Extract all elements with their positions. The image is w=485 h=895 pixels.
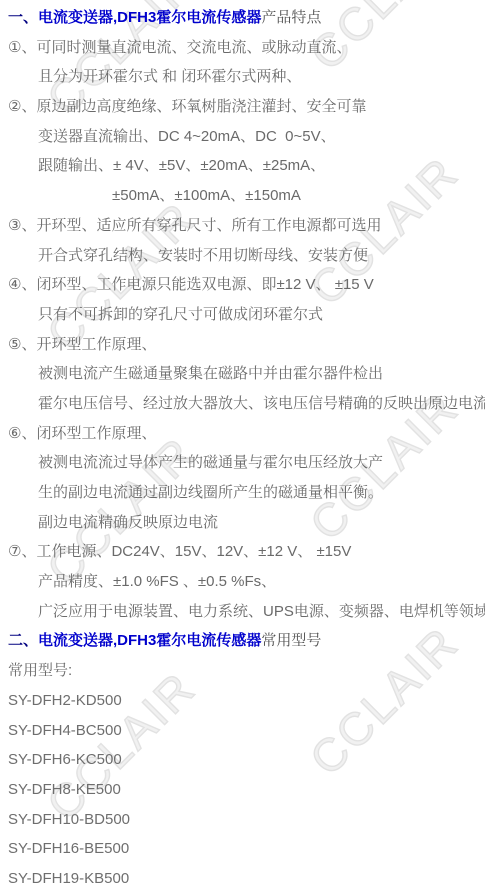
line-text: SY-DFH6-KC500 (8, 751, 122, 768)
line-text: 只有不可拆卸的穿孔尺寸可做成闭环霍尔式 (38, 306, 323, 323)
model-number: SY-DFH16-BE500 (0, 834, 485, 864)
line-text: ③、开环型、适应所有穿孔尺寸、所有工作电源都可选用 (8, 217, 381, 234)
line-text: 广泛应用于电源装置、电力系统、UPS电源、变频器、电焊机等领域 (38, 603, 485, 620)
line-text: 被测电流流过导体产生的磁通量与霍尔电压经放大产 (38, 454, 383, 471)
product-name-link: 电流变送器,DFH3霍尔电流传感器 (38, 9, 261, 26)
document-content: 一、电流变送器,DFH3霍尔电流传感器产品特点①、可同时测量直流电流、交流电流、… (0, 0, 485, 894)
line-text: SY-DFH16-BE500 (8, 840, 129, 857)
section-number: 一、 (8, 9, 38, 26)
model-number: SY-DFH6-KC500 (0, 745, 485, 775)
text-line: 且分为开环霍尔式 和 闭环霍尔式两种、 (0, 62, 485, 92)
text-line: ±50mA、±100mA、±150mA (0, 181, 485, 211)
text-line: 只有不可拆卸的穿孔尺寸可做成闭环霍尔式 (0, 300, 485, 330)
heading-suffix: 产品特点 (261, 9, 321, 26)
text-line: ③、开环型、适应所有穿孔尺寸、所有工作电源都可选用 (0, 211, 485, 241)
model-number: SY-DFH4-BC500 (0, 716, 485, 746)
line-text: 开合式穿孔结构、安装时不用切断母线、安装方便 (38, 247, 368, 264)
text-line: 副边电流精确反映原边电流 (0, 508, 485, 538)
model-number: SY-DFH2-KD500 (0, 686, 485, 716)
text-line: 被测电流流过导体产生的磁通量与霍尔电压经放大产 (0, 448, 485, 478)
model-number: SY-DFH19-KB500 (0, 864, 485, 894)
line-text: ①、可同时测量直流电流、交流电流、或脉动直流、 (8, 39, 351, 56)
text-line: 跟随输出、± 4V、±5V、±20mA、±25mA、 (0, 151, 485, 181)
line-text: 常用型号: (8, 662, 72, 679)
text-line: 广泛应用于电源装置、电力系统、UPS电源、变频器、电焊机等领域 (0, 597, 485, 627)
line-text: SY-DFH8-KE500 (8, 781, 121, 798)
model-number: SY-DFH8-KE500 (0, 775, 485, 805)
text-line: ⑤、开环型工作原理、 (0, 330, 485, 360)
text-line: 开合式穿孔结构、安装时不用切断母线、安装方便 (0, 241, 485, 271)
line-text: SY-DFH10-BD500 (8, 811, 130, 828)
line-text: SY-DFH19-KB500 (8, 870, 129, 887)
text-line: ④、闭环型、工作电源只能选双电源、即±12 V、 ±15 V (0, 270, 485, 300)
text-line: ①、可同时测量直流电流、交流电流、或脉动直流、 (0, 33, 485, 63)
text-line: 霍尔电压信号、经过放大器放大、该电压信号精确的反映出原边电流。 (0, 389, 485, 419)
line-text: SY-DFH4-BC500 (8, 722, 122, 739)
line-text: 产品精度、±1.0 %FS 、±0.5 %Fs、 (38, 573, 276, 590)
model-number: SY-DFH10-BD500 (0, 805, 485, 835)
line-text: 变送器直流输出、DC 4~20mA、DC 0~5V、 (38, 128, 336, 145)
text-line: ②、原边副边高度绝缘、环氧树脂浇注灌封、安全可靠 (0, 92, 485, 122)
line-text: 且分为开环霍尔式 和 闭环霍尔式两种、 (38, 68, 301, 85)
line-text: ②、原边副边高度绝缘、环氧树脂浇注灌封、安全可靠 (8, 98, 366, 115)
line-text: 跟随输出、± 4V、±5V、±20mA、±25mA、 (38, 157, 325, 174)
text-line: 生的副边电流通过副边线圈所产生的磁通量相平衡。 (0, 478, 485, 508)
heading-suffix: 常用型号 (261, 632, 321, 649)
text-line: 常用型号: (0, 656, 485, 686)
line-text: SY-DFH2-KD500 (8, 692, 122, 709)
section-number: 二、 (8, 632, 38, 649)
text-line: 变送器直流输出、DC 4~20mA、DC 0~5V、 (0, 122, 485, 152)
line-text: ④、闭环型、工作电源只能选双电源、即±12 V、 ±15 V (8, 276, 374, 293)
text-line: ⑥、闭环型工作原理、 (0, 419, 485, 449)
line-text: ⑤、开环型工作原理、 (8, 336, 156, 353)
section-heading: 二、电流变送器,DFH3霍尔电流传感器常用型号 (0, 626, 485, 656)
text-line: ⑦、工作电源、DC24V、15V、12V、±12 V、 ±15V (0, 537, 485, 567)
line-text: ⑥、闭环型工作原理、 (8, 425, 156, 442)
line-text: 生的副边电流通过副边线圈所产生的磁通量相平衡。 (38, 484, 383, 501)
line-text: ±50mA、±100mA、±150mA (112, 187, 301, 204)
product-name-link: 电流变送器,DFH3霍尔电流传感器 (38, 632, 261, 649)
line-text: ⑦、工作电源、DC24V、15V、12V、±12 V、 ±15V (8, 543, 351, 560)
line-text: 霍尔电压信号、经过放大器放大、该电压信号精确的反映出原边电流。 (38, 395, 485, 412)
line-text: 副边电流精确反映原边电流 (38, 514, 218, 531)
text-line: 产品精度、±1.0 %FS 、±0.5 %Fs、 (0, 567, 485, 597)
text-line: 被测电流产生磁通量聚集在磁路中并由霍尔器件检出 (0, 359, 485, 389)
line-text: 被测电流产生磁通量聚集在磁路中并由霍尔器件检出 (38, 365, 383, 382)
section-heading: 一、电流变送器,DFH3霍尔电流传感器产品特点 (0, 3, 485, 33)
document-page: CCLAIRCCLAIRCCLAIRCCLAIRCCLAIRCCLAIRCCLA… (0, 0, 485, 895)
